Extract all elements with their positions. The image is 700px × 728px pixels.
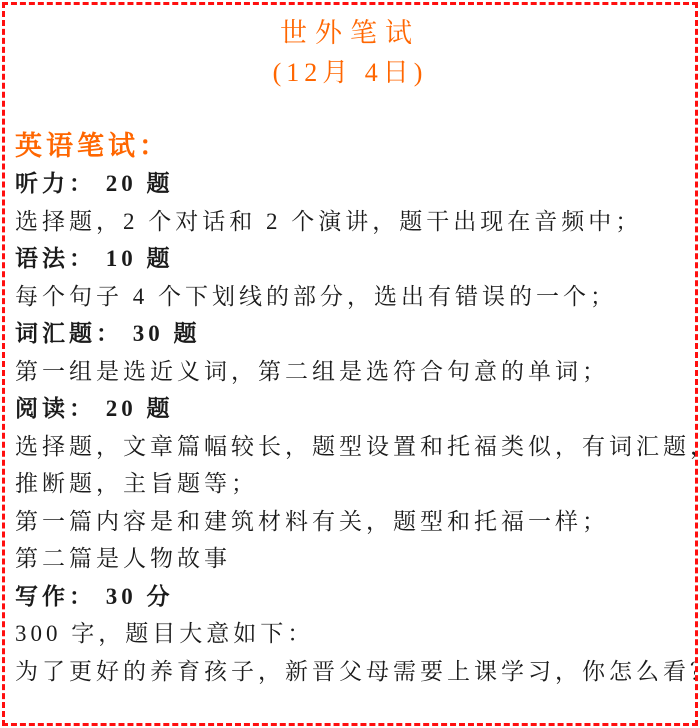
line-writing-topic: 为了更好的养育孩子，新晋父母需要上课学习，你怎么看？	[15, 653, 685, 691]
line-listening-heading: 听力： 20 题	[15, 165, 685, 203]
line-grammar-detail: 每个句子 4 个下划线的部分，选出有错误的一个；	[15, 278, 685, 316]
line-reading-detail-2: 推断题，主旨题等；	[15, 465, 685, 503]
document-header: 世外笔试 (12月 4日)	[15, 13, 685, 93]
line-reading-detail-1: 选择题，文章篇幅较长，题型设置和托福类似，有词汇题，	[15, 428, 685, 466]
line-reading-passage-1: 第一篇内容是和建筑材料有关，题型和托福一样；	[15, 503, 685, 541]
line-reading-heading: 阅读： 20 题	[15, 390, 685, 428]
line-writing-heading: 写作： 30 分	[15, 578, 685, 616]
exam-details: 英语笔试： 听力： 20 题 选择题，2 个对话和 2 个演讲，题干出现在音频中…	[15, 127, 685, 690]
line-listening-detail: 选择题，2 个对话和 2 个演讲，题干出现在音频中；	[15, 203, 685, 241]
exam-notes-document: 世外笔试 (12月 4日) 英语笔试： 听力： 20 题 选择题，2 个对话和 …	[2, 2, 698, 726]
line-reading-passage-2: 第二篇是人物故事	[15, 540, 685, 578]
exam-date: (12月 4日)	[15, 53, 685, 93]
line-grammar-heading: 语法： 10 题	[15, 240, 685, 278]
line-vocabulary-detail: 第一组是选近义词，第二组是选符合句意的单词；	[15, 353, 685, 391]
page-title: 世外笔试	[15, 13, 685, 53]
line-writing-detail: 300 字，题目大意如下：	[15, 615, 685, 653]
line-vocabulary-heading: 词汇题： 30 题	[15, 315, 685, 353]
section-heading-english-written-test: 英语笔试：	[15, 127, 685, 165]
